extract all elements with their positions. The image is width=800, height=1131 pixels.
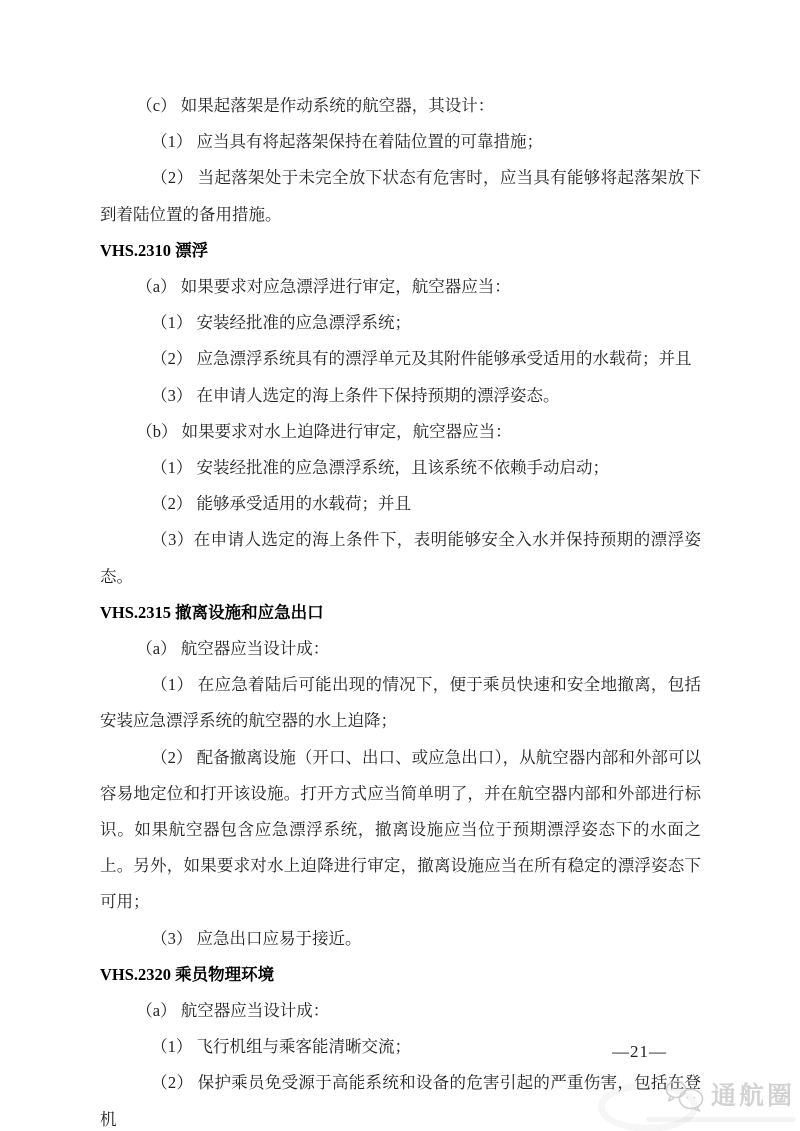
paragraph: （3）在申请人选定的海上条件下，表明能够安全入水并保持预期的漂浮姿态。	[100, 522, 701, 594]
page-number: —21—	[612, 1042, 667, 1062]
section-heading: VHS.2320 乘员物理环境	[100, 957, 701, 993]
watermark: 通航圈	[664, 1080, 795, 1112]
paragraph: （2） 应急漂浮系统具有的漂浮单元及其附件能够承受适用的水载荷；并且	[100, 341, 701, 377]
paragraph: （a） 航空器应当设计成：	[100, 993, 701, 1029]
paragraph: （1） 飞行机组与乘客能清晰交流；	[100, 1029, 701, 1065]
paragraph: （a） 如果要求对应急漂浮进行审定，航空器应当：	[100, 269, 701, 305]
section-heading: VHS.2315 撤离设施和应急出口	[100, 595, 701, 631]
watermark-text: 通航圈	[711, 1081, 795, 1111]
wechat-bubbles-icon	[664, 1080, 706, 1112]
paragraph: （2） 配备撤离设施（开口、出口、或应急出口），从航空器内部和外部可以容易地定位…	[100, 740, 701, 921]
paragraph: （3） 在申请人选定的海上条件下保持预期的漂浮姿态。	[100, 378, 701, 414]
paragraph: （a） 航空器应当设计成：	[100, 631, 701, 667]
watermark-streak	[646, 1117, 796, 1122]
paragraph: （1） 安装经批准的应急漂浮系统，且该系统不依赖手动启动；	[100, 450, 701, 486]
section-heading: VHS.2310 漂浮	[100, 233, 701, 269]
paragraph: （b） 如果要求对水上迫降进行审定，航空器应当：	[100, 414, 701, 450]
paragraph: （3） 应急出口应易于接近。	[100, 921, 701, 957]
paragraph: （1） 应当具有将起落架保持在着陆位置的可靠措施；	[100, 124, 701, 160]
paragraph: （1） 安装经批准的应急漂浮系统；	[100, 305, 701, 341]
document-content: （c） 如果起落架是作动系统的航空器，其设计：（1） 应当具有将起落架保持在着陆…	[100, 88, 701, 1131]
paragraph: （2） 当起落架处于未完全放下状态有危害时，应当具有能够将起落架放下到着陆位置的…	[100, 160, 701, 232]
paragraph: （c） 如果起落架是作动系统的航空器，其设计：	[100, 88, 701, 124]
paragraph: （2） 能够承受适用的水载荷；并且	[100, 486, 701, 522]
document-page: （c） 如果起落架是作动系统的航空器，其设计：（1） 应当具有将起落架保持在着陆…	[0, 0, 800, 1131]
paragraph: （1） 在应急着陆后可能出现的情况下，便于乘员快速和安全地撤离，包括安装应急漂浮…	[100, 667, 701, 739]
